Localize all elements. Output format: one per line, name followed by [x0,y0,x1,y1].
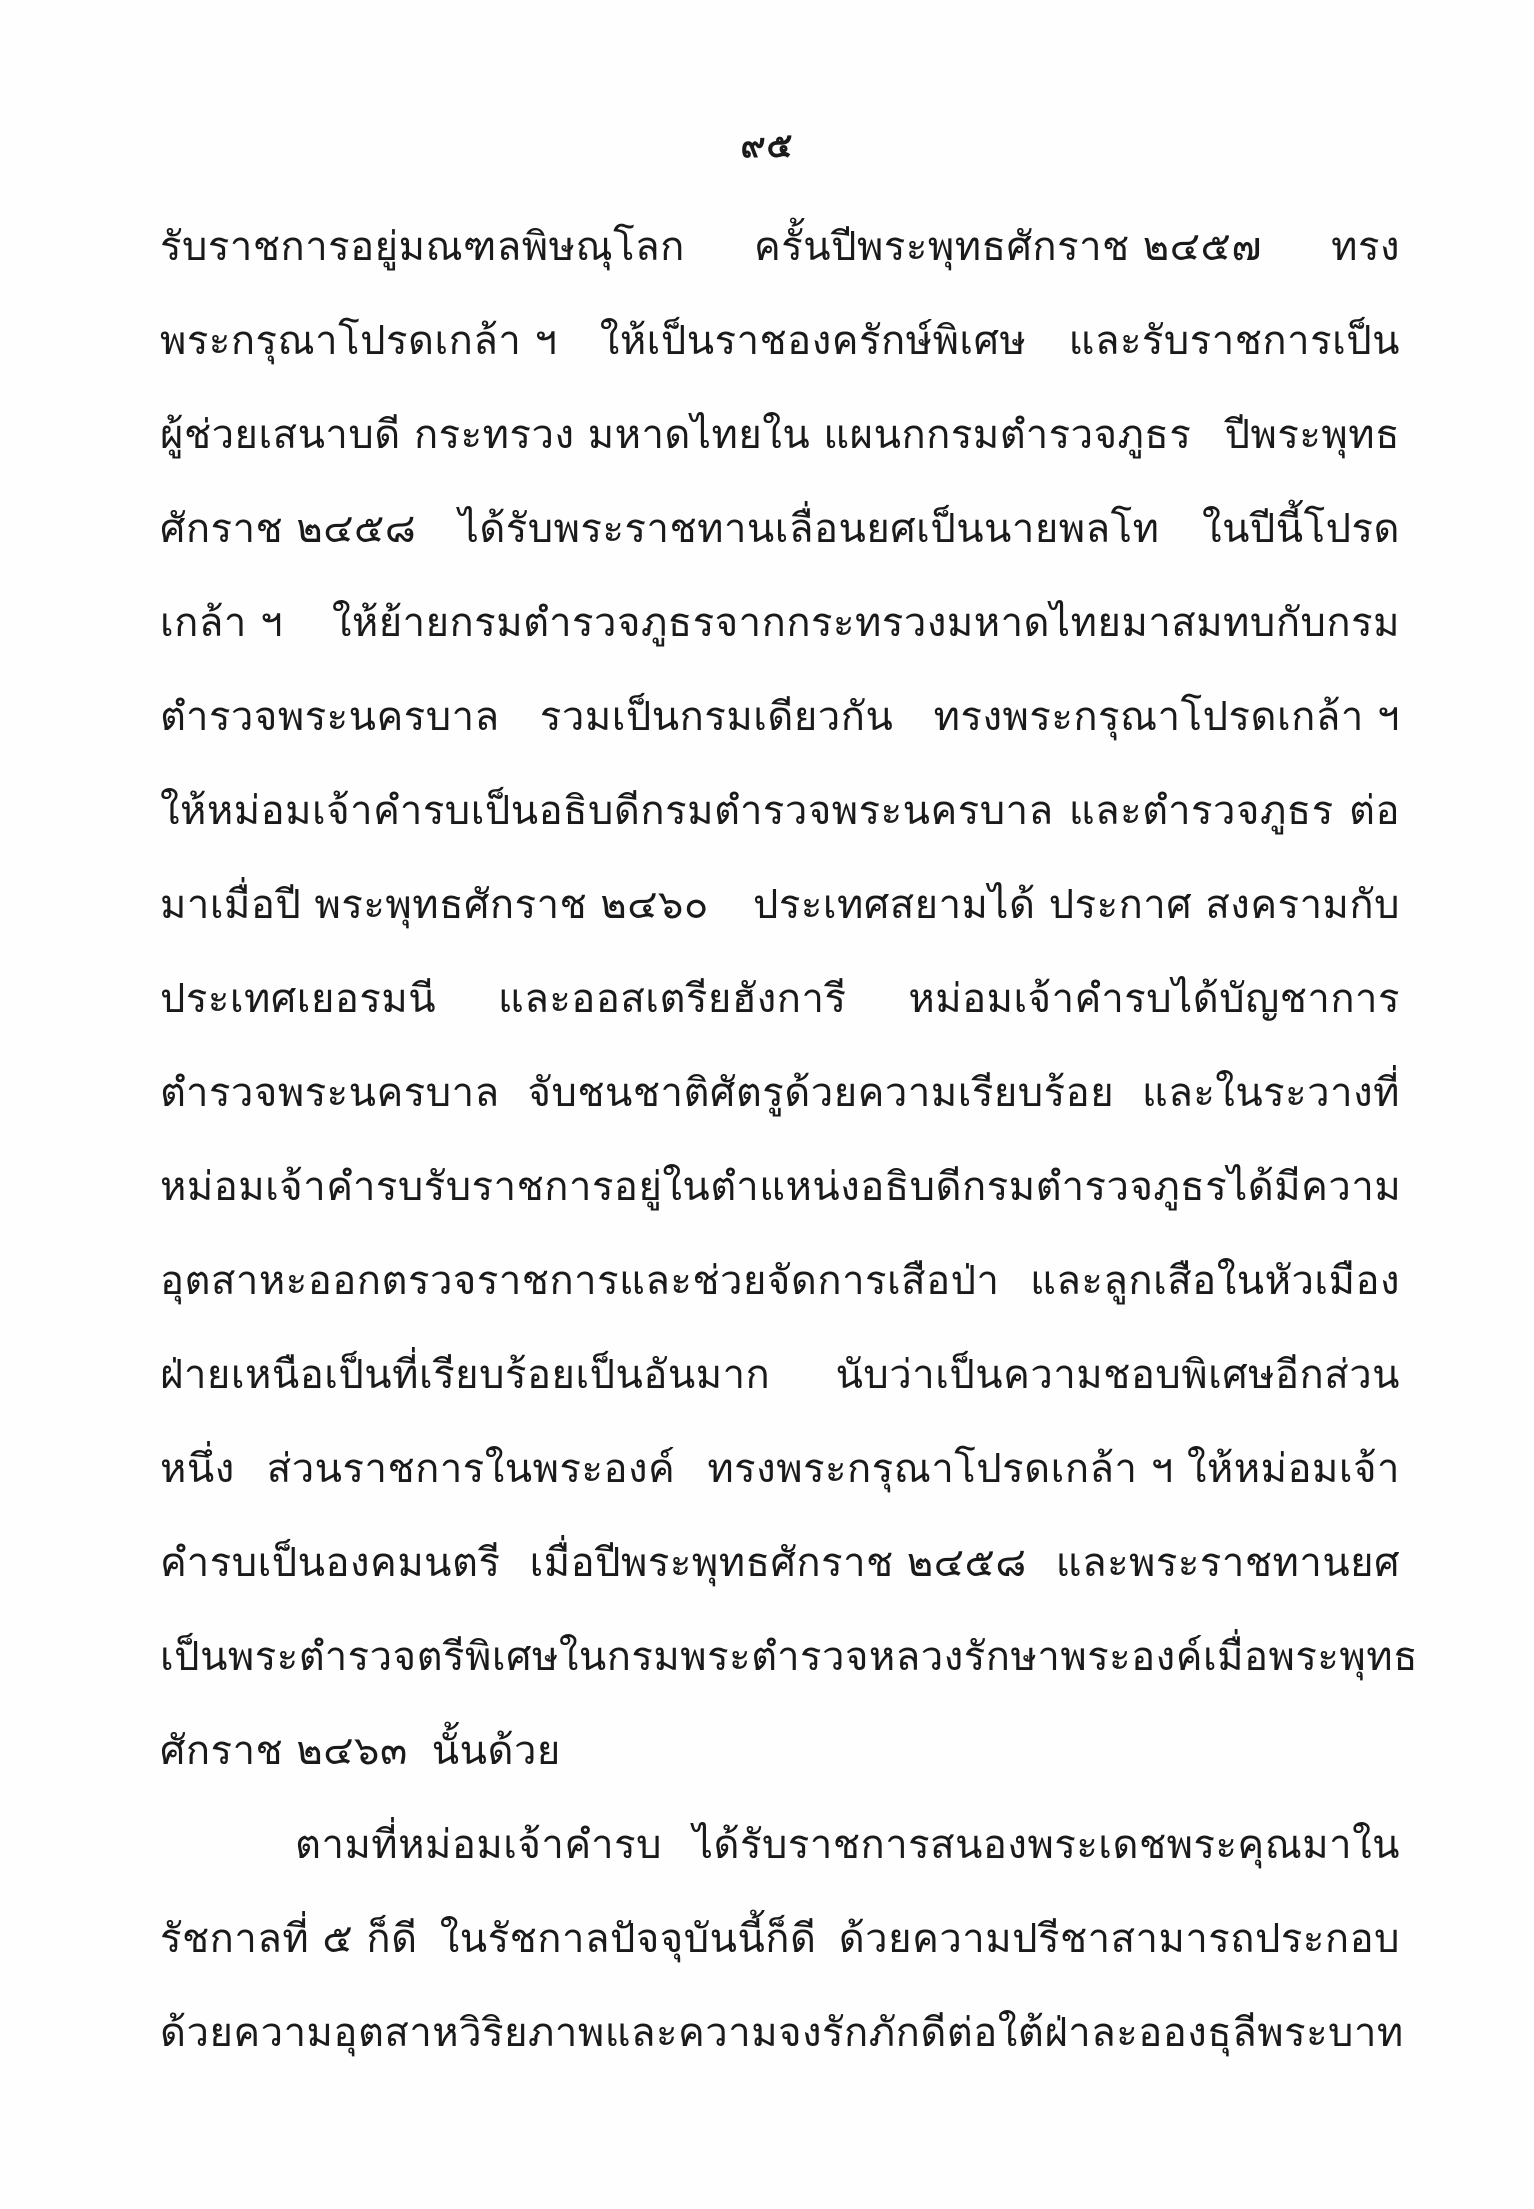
text-segment: ประเทศเยอรมนี [160,952,436,1046]
text-line: ประเทศเยอรมนีและออสเตรียฮังการีหม่อมเจ้า… [160,952,1400,1046]
text-line: คำรบเป็นองคมนตรีเมื่อปีพระพุทธศักราช ๒๔๕… [160,1516,1400,1610]
text-segment: ศักราช ๒๔๖๓ [160,1704,408,1798]
text-segment: นับว่าเป็นความชอบพิเศษอีกส่วน [836,1328,1400,1422]
page-number: ๙๕ [0,118,1534,172]
text-line: ตำรวจพระนครบาลจับชนชาติศัตรูด้วยความเรีย… [160,1046,1400,1140]
text-segment: เมื่อพระพุทธ [1203,1610,1418,1704]
text-line: เป็นพระตำรวจตรีพิเศษในกรมพระตำรวจหลวงรัก… [160,1610,1400,1704]
text-segment: ในรัชกาลปัจจุบันนี้ก็ดี [440,1892,817,1986]
text-line: พระกรุณาโปรดเกล้า ฯให้เป็นราชองครักษ์พิเ… [160,294,1400,388]
text-segment: จับชนชาติศัตรูด้วยความเรียบร้อย [528,1046,1115,1140]
text-segment: และรับราชการเป็น [1069,294,1400,388]
text-segment: รวมเป็นกรมเดียวกัน [540,670,893,764]
text-line: อุตสาหะออกตรวจราชการและช่วยจัดการเสือป่า… [160,1234,1400,1328]
document-page: ๙๕ รับราชการอยู่มณฑลพิษณุโลกครั้นปีพระพุ… [0,0,1534,2209]
text-segment: ให้หม่อมเจ้าคำรบเป็นอธิบดีกรมตำรวจพระนคร… [160,764,1054,858]
body-text: รับราชการอยู่มณฑลพิษณุโลกครั้นปีพระพุทธศ… [160,200,1400,2080]
text-segment: และตำรวจภูธร [1069,764,1334,858]
text-line: ด้วยความอุตสาหวิริยภาพและความจงรักภักดีต… [160,1986,1400,2080]
text-line: ศักราช ๒๔๖๓นั้นด้วย [160,1704,1400,1798]
text-segment: มาเมื่อปี พระพุทธศักราช ๒๔๖๐ [160,858,709,952]
text-line: หม่อมเจ้าคำรบรับราชการอยู่ในตำแหน่งอธิบด… [160,1140,1400,1234]
text-segment: หม่อมเจ้าคำรบรับราชการอยู่ในตำแหน่งอธิบด… [160,1140,1227,1234]
text-line: เกล้า ฯให้ย้ายกรมตำรวจภูธรจากกระทรวงมหาด… [160,576,1400,670]
text-segment: ต่อ [1349,764,1400,858]
text-segment: และความจงรักภักดีต่อใต้ฝ่าละอองธุลีพระบา… [605,1986,1404,2080]
text-segment: ได้รับราชการสนองพระเดชพระคุณมาใน [693,1798,1400,1892]
text-line: ตามที่หม่อมเจ้าคำรบได้รับราชการสนองพระเด… [160,1798,1400,1892]
text-segment: อุตสาหะออกตรวจราชการและช่วยจัดการเสือป่า [160,1234,999,1328]
text-segment: นั้นด้วย [432,1704,561,1798]
text-line: หนึ่งส่วนราชการในพระองค์ทรงพระกรุณาโปรดเ… [160,1422,1400,1516]
text-line: ตำรวจพระนครบาลรวมเป็นกรมเดียวกันทรงพระกร… [160,670,1400,764]
text-segment: ทรง [1331,200,1400,294]
text-segment: ด้วยความปรีชาสามารถประกอบ [839,1892,1400,1986]
text-segment: เมื่อปีพระพุทธศักราช ๒๔๕๘ [530,1516,1027,1610]
text-segment: เกล้า ฯ [160,576,283,670]
text-segment: คำรบเป็นองคมนตรี [160,1516,500,1610]
text-segment: และลูกเสือในหัวเมือง [1030,1234,1400,1328]
text-segment: รัชกาลที่ ๕ ก็ดี [160,1892,418,1986]
text-segment: ครั้นปีพระพุทธศักราช ๒๔๕๗ [754,200,1262,294]
text-line: ผู้ช่วยเสนาบดี กระทรวง มหาดไทยใน แผนกกรม… [160,388,1400,482]
text-segment: และออสเตรียฮังการี [498,952,846,1046]
text-segment: ทรงพระกรุณาโปรดเกล้า ฯ ให้หม่อมเจ้า [707,1422,1400,1516]
text-segment: เป็นพระตำรวจตรีพิเศษในกรมพระตำรวจหลวงรัก… [160,1610,1203,1704]
text-line: ให้หม่อมเจ้าคำรบเป็นอธิบดีกรมตำรวจพระนคร… [160,764,1400,858]
text-segment: ส่วนราชการในพระองค์ [267,1422,676,1516]
text-segment: และพระราชทานยศ [1056,1516,1400,1610]
text-segment: พระกรุณาโปรดเกล้า ฯ [160,294,557,388]
text-segment: รับราชการอยู่มณฑลพิษณุโลก [160,200,685,294]
text-segment: ตำรวจพระนครบาล [160,670,500,764]
text-segment: ตามที่หม่อมเจ้าคำรบ [295,1798,662,1892]
text-segment: ผู้ช่วยเสนาบดี กระทรวง มหาดไทยใน แผนกกรม… [160,388,1191,482]
text-segment: ปีพระพุทธ [1225,388,1400,482]
text-segment: ทรงพระกรุณาโปรดเกล้า ฯ [934,670,1400,764]
text-line: ฝ่ายเหนือเป็นที่เรียบร้อยเป็นอันมากนับว่… [160,1328,1400,1422]
text-segment: ในปีนี้โปรด [1202,482,1400,576]
text-segment: หม่อมเจ้าคำรบได้บัญชาการ [908,952,1400,1046]
text-segment: ได้มีความ [1227,1140,1401,1234]
text-segment: ประเทศสยามได้ ประกาศ สงครามกับ [753,858,1400,952]
text-segment: และในระวางที่ [1142,1046,1400,1140]
text-segment: หนึ่ง [160,1422,235,1516]
text-segment: ตำรวจพระนครบาล [160,1046,500,1140]
text-line: รัชกาลที่ ๕ ก็ดีในรัชกาลปัจจุบันนี้ก็ดีด… [160,1892,1400,1986]
text-segment: ให้เป็นราชองครักษ์พิเศษ [600,294,1027,388]
text-segment: ฝ่ายเหนือเป็นที่เรียบร้อยเป็นอันมาก [160,1328,770,1422]
text-line: มาเมื่อปี พระพุทธศักราช ๒๔๖๐ประเทศสยามได… [160,858,1400,952]
text-segment: ศักราช ๒๔๕๘ [160,482,416,576]
text-segment: ให้ย้ายกรมตำรวจภูธรจากกระทรวงมหาดไทยมาสม… [332,576,1400,670]
text-segment: ด้วยความอุตสาหวิริยภาพ [160,1986,605,2080]
text-line: ศักราช ๒๔๕๘ได้รับพระราชทานเลื่อนยศเป็นนา… [160,482,1400,576]
text-line: รับราชการอยู่มณฑลพิษณุโลกครั้นปีพระพุทธศ… [160,200,1400,294]
text-segment: ได้รับพระราชทานเลื่อนยศเป็นนายพลโท [459,482,1160,576]
